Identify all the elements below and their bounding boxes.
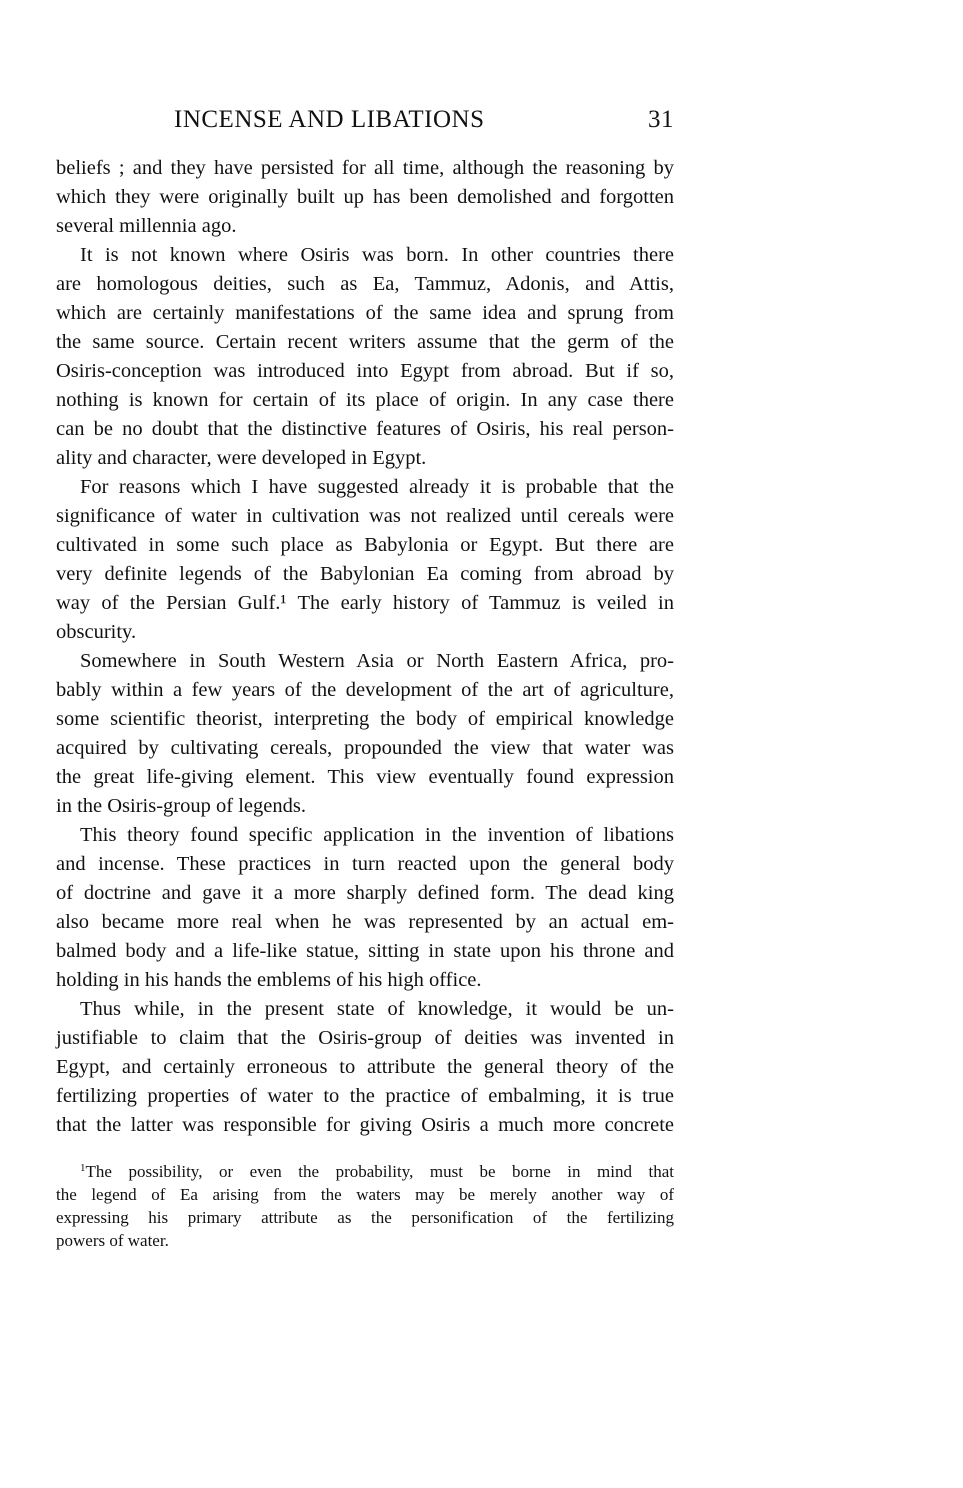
paragraph: It is not known where Osiris was born. I… [56, 241, 674, 473]
text-line: balmed body and a life-like statue, sitt… [56, 937, 674, 966]
footnote: 1The possibility, or even the probabilit… [56, 1160, 674, 1252]
footnote-line: expressing his primary attribute as the … [56, 1206, 674, 1229]
footnote-line: powers of water. [56, 1229, 674, 1252]
text-line: the same source. Certain recent writers … [56, 328, 674, 357]
footnote-line: 1The possibility, or even the probabilit… [56, 1160, 674, 1183]
text-line: nothing is known for certain of its plac… [56, 386, 674, 415]
running-header: INCENSE AND LIBATIONS 31 [174, 106, 674, 140]
text-line: Egypt, and certainly erroneous to attrib… [56, 1053, 674, 1082]
text-line: For reasons which I have suggested alrea… [56, 473, 674, 502]
text-line: beliefs ; and they have persisted for al… [56, 154, 674, 183]
text-line: Osiris-conception was introduced into Eg… [56, 357, 674, 386]
body-text: beliefs ; and they have persisted for al… [56, 154, 674, 1140]
text-line: very definite legends of the Babylonian … [56, 560, 674, 589]
text-line: in the Osiris-group of legends. [56, 792, 674, 821]
text-line: of doctrine and gave it a more sharply d… [56, 879, 674, 908]
text-line: obscurity. [56, 618, 674, 647]
text-line: Thus while, in the present state of know… [56, 995, 674, 1024]
text-line: some scientific theorist, interpreting t… [56, 705, 674, 734]
paragraph: beliefs ; and they have persisted for al… [56, 154, 674, 241]
text-line: justifiable to claim that the Osiris-gro… [56, 1024, 674, 1053]
running-title: INCENSE AND LIBATIONS [174, 106, 485, 134]
text-line: bably within a few years of the developm… [56, 676, 674, 705]
paragraph: This theory found specific application i… [56, 821, 674, 995]
text-line: which are certainly manifestations of th… [56, 299, 674, 328]
footnote-line: the legend of Ea arising from the waters… [56, 1183, 674, 1206]
footnote-text: The possibility, or even the probability… [86, 1162, 675, 1181]
text-line: can be no doubt that the distinctive fea… [56, 415, 674, 444]
text-line: Somewhere in South Western Asia or North… [56, 647, 674, 676]
text-line: It is not known where Osiris was born. I… [56, 241, 674, 270]
text-line: which they were originally built up has … [56, 183, 674, 212]
text-line: the great life-giving element. This view… [56, 763, 674, 792]
text-line: ality and character, were developed in E… [56, 444, 674, 473]
text-line: several millennia ago. [56, 212, 674, 241]
text-line: fertilizing properties of water to the p… [56, 1082, 674, 1111]
text-line: acquired by cultivating cereals, propoun… [56, 734, 674, 763]
paragraph: For reasons which I have suggested alrea… [56, 473, 674, 647]
text-line: are homologous deities, such as Ea, Tamm… [56, 270, 674, 299]
paragraph: Somewhere in South Western Asia or North… [56, 647, 674, 821]
text-line: holding in his hands the emblems of his … [56, 966, 674, 995]
text-line footnote-ref-line: way of the Persian Gulf.¹ The early hist… [56, 589, 674, 618]
text-line: and incense. These practices in turn rea… [56, 850, 674, 879]
text-line: significance of water in cultivation was… [56, 502, 674, 531]
text-line: also became more real when he was repres… [56, 908, 674, 937]
paragraph: Thus while, in the present state of know… [56, 995, 674, 1140]
text-line: that the latter was responsible for givi… [56, 1111, 674, 1140]
text-line: This theory found specific application i… [56, 821, 674, 850]
page-number: 31 [648, 106, 674, 134]
text-line: cultivated in some such place as Babylon… [56, 531, 674, 560]
